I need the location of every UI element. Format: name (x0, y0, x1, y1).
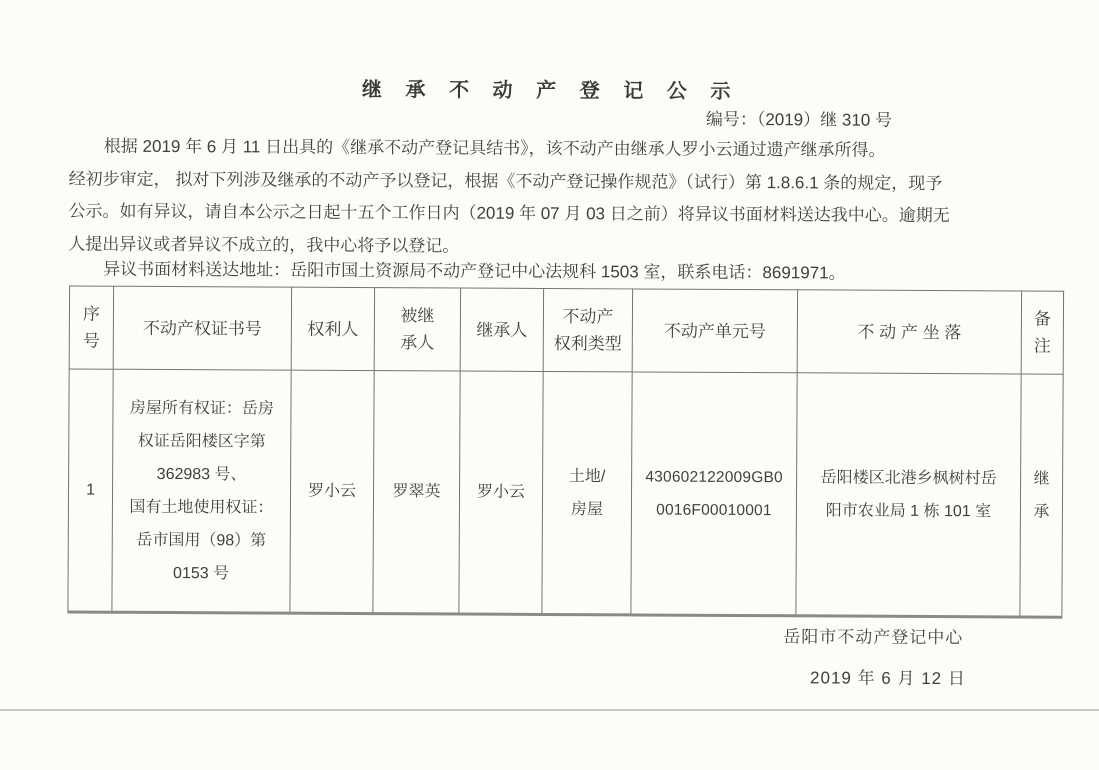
cell-right-type: 土地/ 房屋 (542, 371, 632, 614)
issue-date: 2019 年 6 月 12 日 (810, 663, 966, 689)
cell-heir: 罗小云 (459, 371, 543, 614)
col-header-cert-no: 不动产权证书号 (113, 286, 291, 370)
cell-location: 岳阳楼区北港乡枫树村岳 阳市农业局 1 栋 101 室 (796, 373, 1021, 617)
paragraph-line: 根据 2019 年 6 月 11 日出具的《继承不动产登记具结书》，该不动产由继… (69, 130, 1049, 168)
col-header-seq: 序 号 (69, 286, 113, 369)
cell-seq: 1 (68, 369, 113, 612)
notice-paragraph: 根据 2019 年 6 月 11 日出具的《继承不动产登记具结书》，该不动产由继… (68, 130, 1049, 265)
cell-unit-no: 430602122009GB0 0016F00010001 (631, 372, 797, 616)
col-header-holder: 权利人 (291, 287, 374, 370)
cell-cert-no: 房屋所有权证：岳房 权证岳阳楼区字第 362983 号、 国有土地使用权证： 岳… (112, 369, 291, 613)
cell-remark: 继 承 (1020, 374, 1063, 617)
cell-holder: 罗小云 (290, 370, 374, 613)
col-header-right-type: 不动产 权利类型 (543, 288, 632, 371)
paragraph-line: 经初步审定， 拟对下列涉及继承的不动产予以登记，根据《不动产登记操作规范》（试行… (69, 163, 1049, 201)
issuing-organization: 岳阳市不动产登记中心 (783, 622, 963, 648)
cell-decedent: 罗翠英 (373, 371, 460, 614)
col-header-decedent: 被继 承人 (374, 288, 460, 371)
document-title: 继 承 不 动 产 登 记 公 示 (1, 71, 1099, 106)
col-header-location: 不 动 产 坐 落 (797, 290, 1021, 374)
table-header-row: 序 号 不动产权证书号 权利人 被继 承人 继承人 不动产 权利类型 不动产单元… (69, 286, 1063, 374)
registration-table: 序 号 不动产权证书号 权利人 被继 承人 继承人 不动产 权利类型 不动产单元… (67, 285, 1064, 618)
table-row: 1 房屋所有权证：岳房 权证岳阳楼区字第 362983 号、 国有土地使用权证：… (68, 369, 1063, 617)
objection-address-line: 异议书面材料送达地址：岳阳市国土资源局不动产登记中心法规科 1503 室，联系电… (68, 254, 1068, 284)
col-header-heir: 继承人 (460, 288, 543, 371)
col-header-remark: 备 注 (1021, 291, 1063, 374)
document-content: 继 承 不 动 产 登 记 公 示 编号：（2019）继 310 号 根据 20… (0, 0, 1099, 770)
scanned-document-page: 继 承 不 动 产 登 记 公 示 编号：（2019）继 310 号 根据 20… (0, 0, 1099, 770)
document-number: 编号：（2019）继 310 号 (706, 105, 892, 131)
paragraph-line: 公示。如有异议，请自本公示之日起十五个工作日内（2019 年 07 月 03 日… (68, 195, 1048, 233)
scan-edge-line (0, 709, 1099, 711)
col-header-unit-no: 不动产单元号 (632, 289, 797, 373)
